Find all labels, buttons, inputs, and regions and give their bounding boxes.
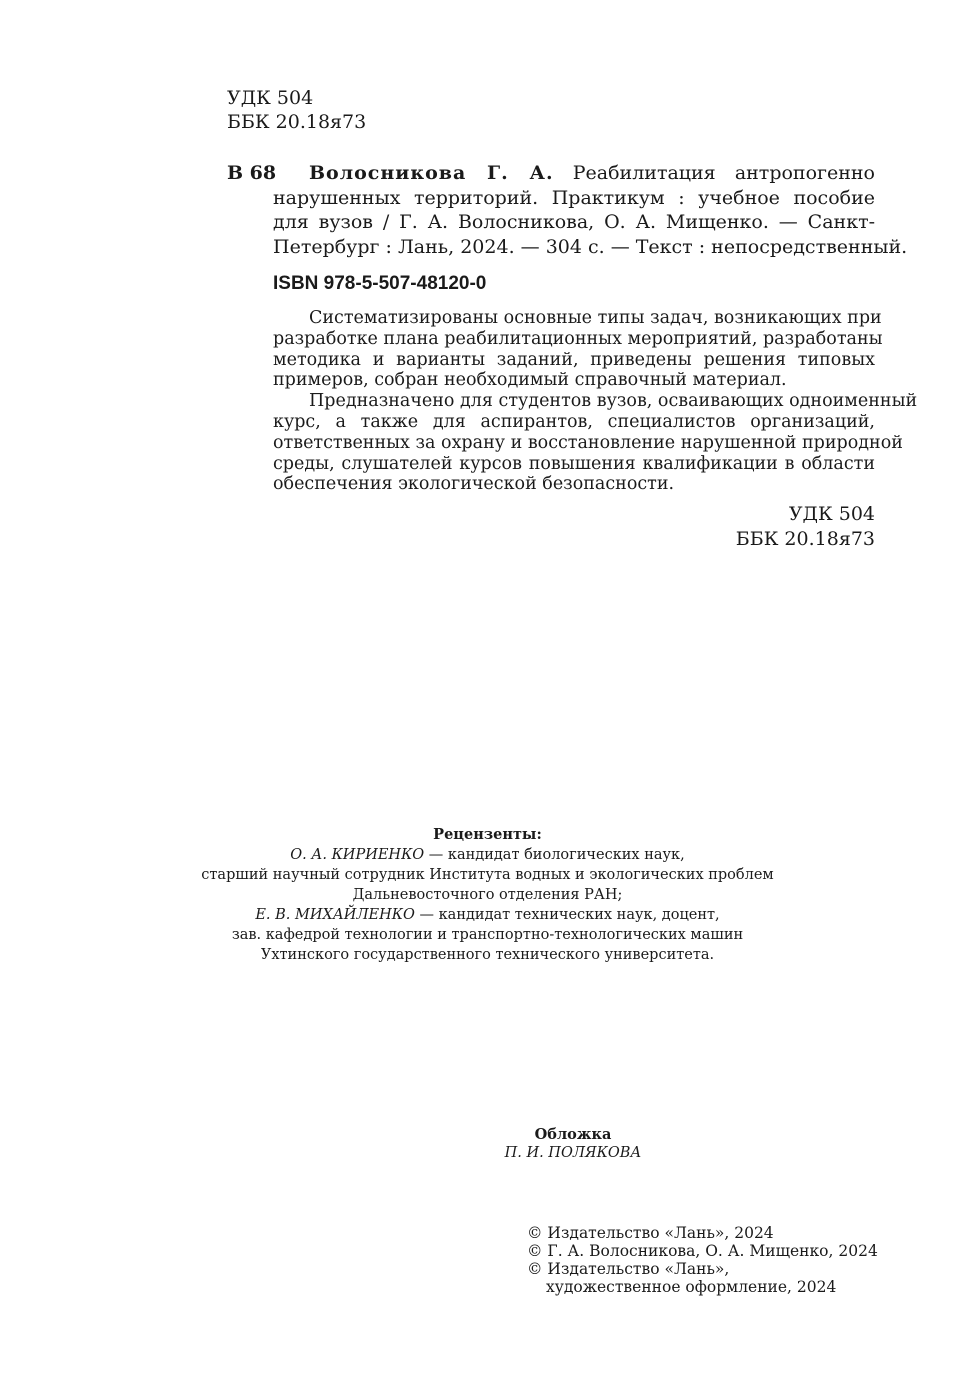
entry-line: нарушенных территорий. Практикум : учебн… bbox=[273, 186, 875, 211]
copyright-line: художественное оформление, 2024 bbox=[527, 1278, 878, 1296]
udk-code: УДК 504 bbox=[736, 502, 875, 527]
reviewer-line: Е. В. МИХАЙЛЕНКО — кандидат технических … bbox=[0, 905, 975, 925]
annotation-line: Предназначено для студентов вузов, осваи… bbox=[273, 391, 875, 412]
isbn: ISBN 978-5-507-48120-0 bbox=[273, 273, 486, 295]
annotation-line: обеспечения экологической безопасности. bbox=[273, 474, 875, 495]
copyright-line: © Издательство «Лань», 2024 bbox=[527, 1224, 878, 1242]
annotation-line: курс, а также для аспирантов, специалист… bbox=[273, 412, 875, 433]
annotation-line: разработке плана реабилитационных меропр… bbox=[273, 329, 875, 350]
reviewer-line: зав. кафедрой технологии и транспортно-т… bbox=[0, 925, 975, 945]
entry-line: Петербург : Лань, 2024. — 304 с. — Текст… bbox=[273, 235, 875, 260]
annotation-line: примеров, собран необходимый справочный … bbox=[273, 370, 875, 391]
cover-artist: П. И. ПОЛЯКОВА bbox=[0, 1144, 975, 1163]
reviewers-block: Рецензенты: О. А. КИРИЕНКО — кандидат би… bbox=[0, 825, 975, 965]
annotation: Систематизированы основные типы задач, в… bbox=[273, 308, 875, 495]
annotation-line: ответственных за охрану и восстановление… bbox=[273, 433, 875, 454]
reviewer-name: Е. В. МИХАЙЛЕНКО bbox=[255, 907, 415, 923]
bbk-code: ББК 20.18я73 bbox=[227, 110, 366, 134]
reviewers-title: Рецензенты: bbox=[0, 825, 975, 845]
annotation-line: методика и варианты заданий, приведены р… bbox=[273, 350, 875, 371]
cover-credit: Обложка П. И. ПОЛЯКОВА bbox=[0, 1125, 975, 1163]
copyright-line: © Издательство «Лань», bbox=[527, 1260, 878, 1278]
entry-line: для вузов / Г. А. Волосникова, О. А. Мищ… bbox=[273, 210, 875, 235]
reviewer-name: О. А. КИРИЕНКО bbox=[290, 847, 424, 863]
bbk-code: ББК 20.18я73 bbox=[736, 527, 875, 552]
annotation-line: среды, слушателей курсов повышения квали… bbox=[273, 454, 875, 475]
annotation-line: Систематизированы основные типы задач, в… bbox=[273, 308, 875, 329]
udk-code: УДК 504 bbox=[227, 86, 366, 110]
entry-line: Волосникова Г. А. Реабилитация антропоге… bbox=[309, 161, 875, 186]
cover-title: Обложка bbox=[0, 1125, 975, 1144]
copyright-block: © Издательство «Лань», 2024 © Г. А. Воло… bbox=[527, 1224, 878, 1296]
author-name: Волосникова Г. А. bbox=[309, 162, 554, 184]
bibliographic-entry: В 68 Волосникова Г. А. Реабилитация антр… bbox=[227, 161, 875, 259]
author-mark: В 68 bbox=[227, 161, 276, 186]
classification-codes-top: УДК 504 ББК 20.18я73 bbox=[227, 86, 366, 134]
reviewer-line: О. А. КИРИЕНКО — кандидат биологических … bbox=[0, 845, 975, 865]
copyright-line: © Г. А. Волосникова, О. А. Мищенко, 2024 bbox=[527, 1242, 878, 1260]
reviewer-line: Ухтинского государственного технического… bbox=[0, 945, 975, 965]
reviewer-line: старший научный сотрудник Института водн… bbox=[0, 865, 975, 885]
classification-codes-bottom: УДК 504 ББК 20.18я73 bbox=[736, 502, 875, 552]
reviewer-line: Дальневосточного отделения РАН; bbox=[0, 885, 975, 905]
